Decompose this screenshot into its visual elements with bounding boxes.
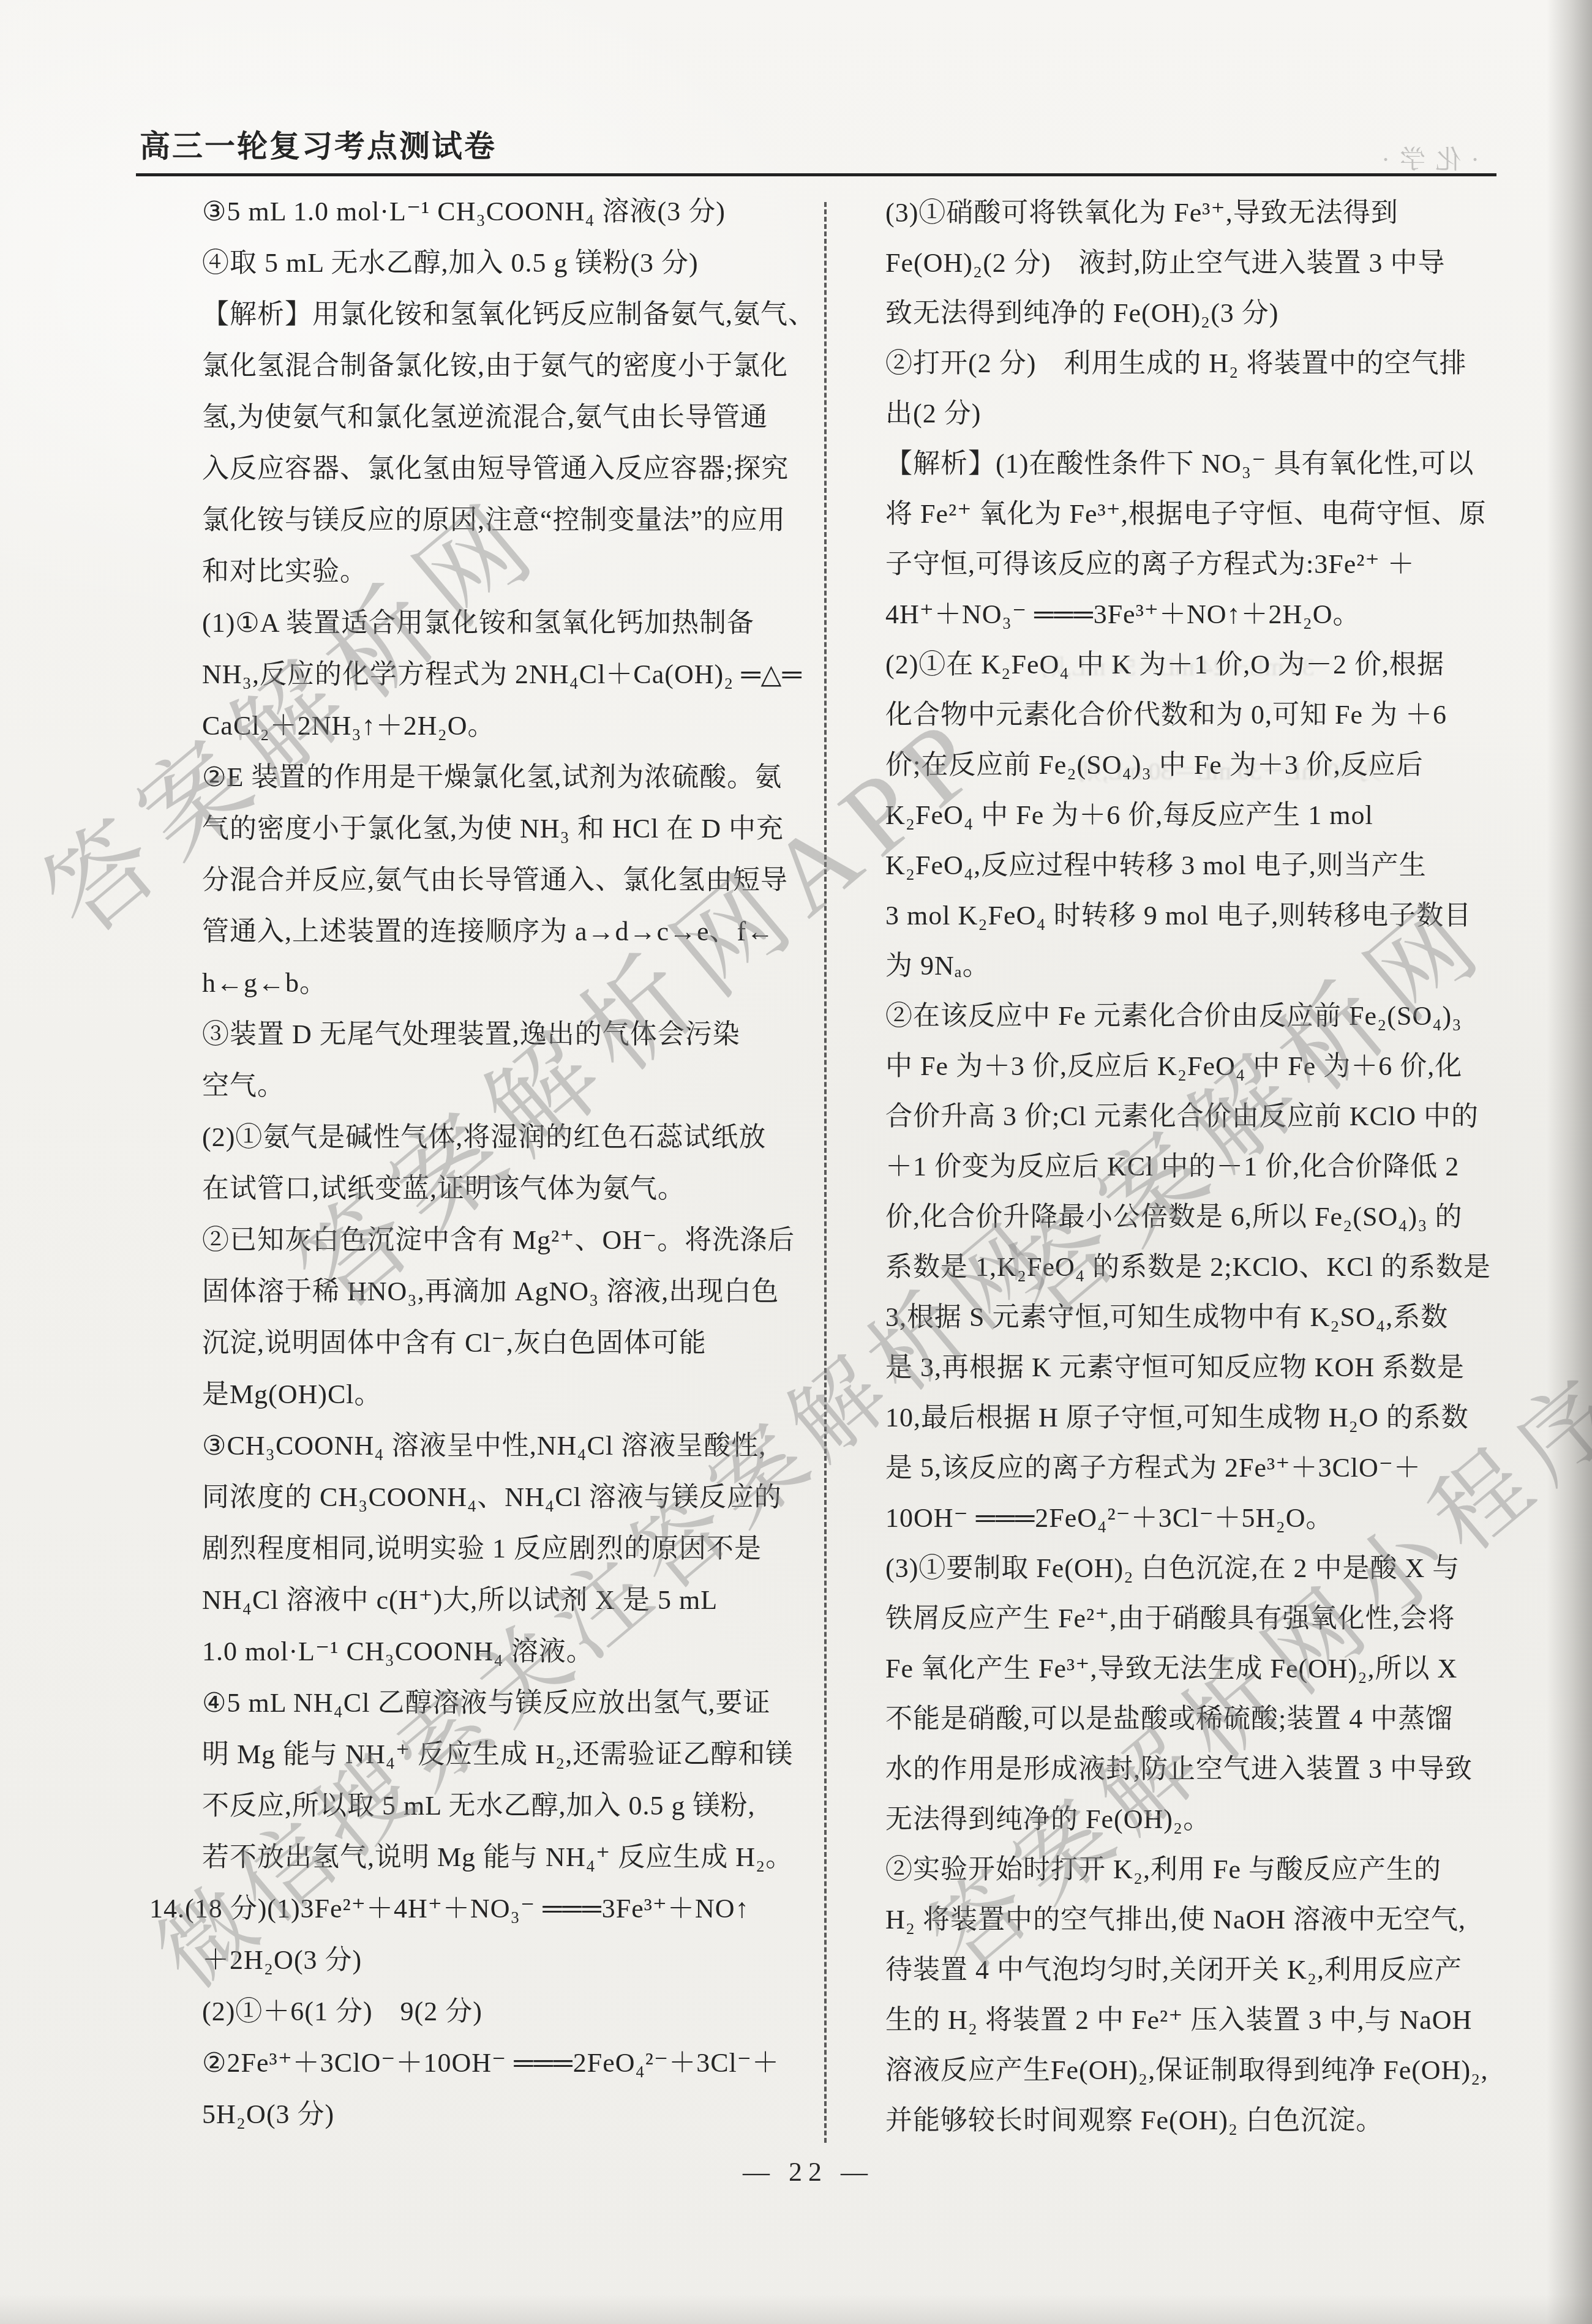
column-divider	[824, 202, 827, 2143]
header-rule	[136, 173, 1496, 176]
text-line: 出(2 分)	[885, 389, 1519, 439]
text-line: (2)①＋6(1 分) 9(2 分)	[202, 1986, 820, 2037]
text-line: 将 Fe²⁺ 氧化为 Fe³⁺,根据电子守恒、电荷守恒、原	[885, 489, 1519, 539]
text-line: 10,最后根据 H 原子守恒,可知生成物 H₂O 的系数	[885, 1393, 1519, 1443]
paper: ·化学· 高三一轮复习考点测试卷 ③5 mL 1.0 mol·L⁻¹ CH₃CO…	[0, 0, 1592, 2324]
text-line: 氯化氢混合制备氯化铵,由于氨气的密度小于氯化	[202, 340, 820, 392]
scan-edge-right	[1547, 0, 1592, 2324]
scan-edge-bottom	[0, 2295, 1592, 2324]
text-line: 固体溶于稀 HNO₃,再滴加 AgNO₃ 溶液,出现白色	[202, 1266, 820, 1318]
bleed-through-text: ·化学·	[1372, 140, 1479, 176]
text-line: 溶液反应产生Fe(OH)₂,保证制取得到纯净 Fe(OH)₂,	[885, 2045, 1519, 2096]
page-title: 高三一轮复习考点测试卷	[140, 131, 497, 162]
text-line: 【解析】(1)在酸性条件下 NO₃⁻ 具有氧化性,可以	[885, 439, 1519, 489]
text-line: ②打开(2 分) 利用生成的 H₂ 将装置中的空气排	[885, 339, 1519, 389]
text-line: 并能够较长时间观察 Fe(OH)₂ 白色沉淀。	[885, 2096, 1519, 2146]
page-number: — 22 —	[743, 2156, 874, 2187]
text-line: 子守恒,可得该反应的离子方程式为:3Fe²⁺ ＋	[885, 539, 1519, 590]
text-line: 入反应容器、氯化氢由短导管通入反应容器;探究	[202, 443, 820, 495]
text-line: ＋2H₂O(3 分)	[202, 1935, 820, 1986]
text-line: ④取 5 mL 无水乙醇,加入 0.5 g 镁粉(3 分)	[202, 238, 820, 289]
text-line: 生的 H₂ 将装置 2 中 Fe²⁺ 压入装置 3 中,与 NaOH	[885, 1995, 1519, 2045]
text-line: 4H⁺＋NO₃⁻ ═══3Fe³⁺＋NO↑＋2H₂O。	[885, 590, 1519, 640]
text-line: 化合物中元素化合价代数和为 0,可知 Fe 为 ＋6	[885, 690, 1519, 740]
text-line: ③5 mL 1.0 mol·L⁻¹ CH₃COONH₄ 溶液(3 分)	[202, 186, 820, 238]
text-line: (3)①硝酸可将铁氧化为 Fe³⁺,导致无法得到	[885, 188, 1519, 238]
text-line: 5H₂O(3 分)	[202, 2089, 820, 2140]
text-line: 【解析】用氯化铵和氢氧化钙反应制备氨气,氨气、	[202, 289, 820, 340]
bleed-through-text: 30 mL＋24 mL＝54 mL,则	[1041, 648, 1315, 683]
text-line: ②2Fe³⁺＋3ClO⁻＋10OH⁻ ═══2FeO₄²⁻＋3Cl⁻＋	[202, 2037, 820, 2089]
text-line: 氢,为使氨气和氯化氢逆流混合,氨气由长导管通	[202, 392, 820, 443]
text-line: 沉淀,说明固体中含有 Cl⁻,灰白色固体可能	[202, 1318, 820, 1369]
text-line: 致无法得到纯净的 Fe(OH)₂(3 分)	[885, 288, 1519, 339]
text-line: Fe(OH)₂(2 分) 液封,防止空气进入装置 3 中导	[885, 238, 1519, 288]
bleed-through-text: 为 60 mL－30 mL＝30 mL,则	[1078, 752, 1382, 787]
